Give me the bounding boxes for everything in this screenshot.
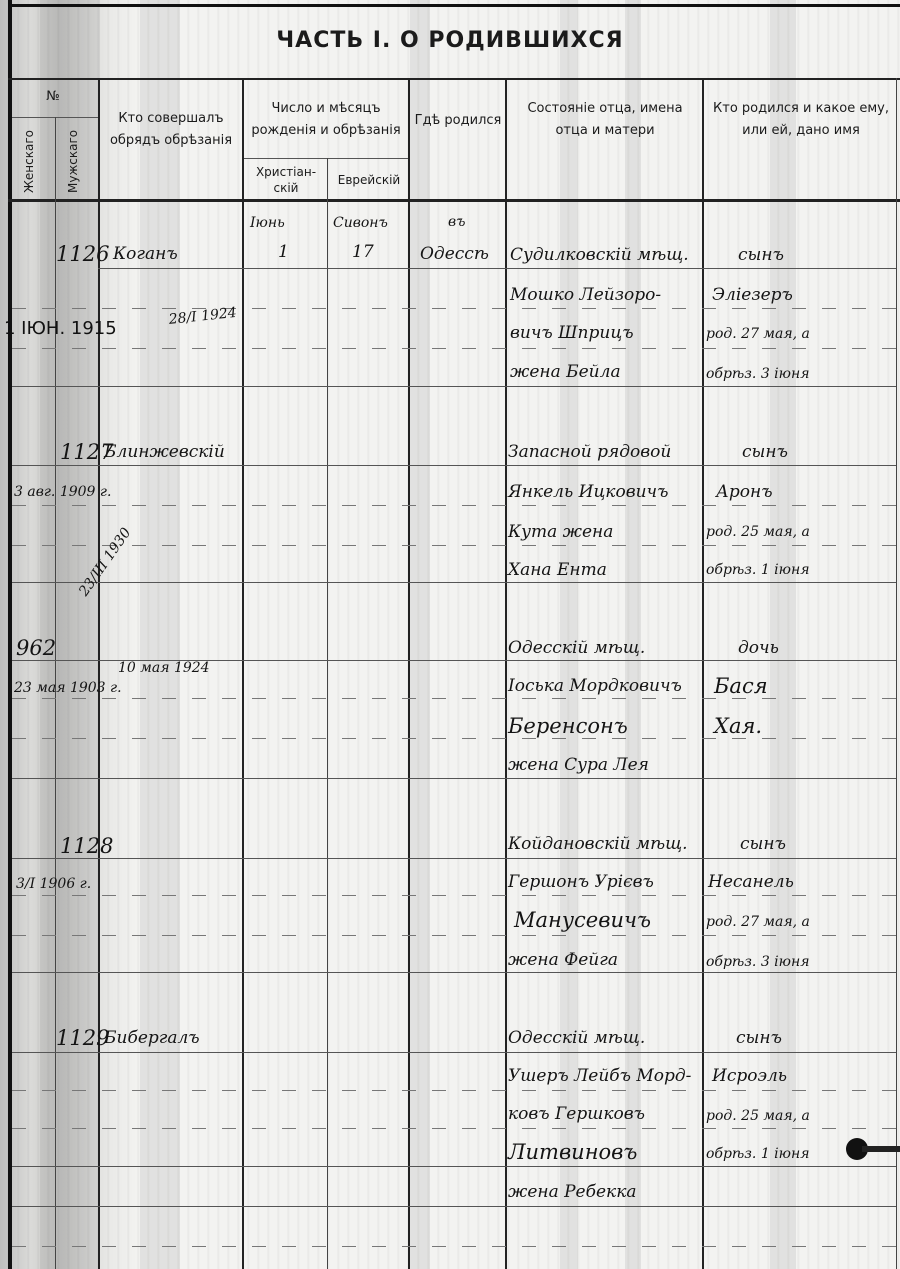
- parents-line: жена Ребекка: [508, 1182, 637, 1202]
- jewish-day: 17: [352, 242, 374, 262]
- binder-clip-icon: [862, 1146, 900, 1152]
- parents-line: Запасной рядовой: [508, 442, 671, 462]
- parents-line: Кута жена: [508, 522, 613, 542]
- record-performer: Блинжевскій: [104, 442, 225, 462]
- child-line: обрѣз. 3 іюня: [706, 366, 809, 382]
- parents-line: Хана Ента: [508, 560, 607, 580]
- child-line: род. 27 мая, а: [706, 914, 810, 930]
- date-note: 23 мая 1903 г.: [14, 680, 122, 696]
- header-jewish: Еврейскій: [330, 172, 408, 188]
- header-male: Мужскаго: [66, 130, 80, 193]
- record-number: 1126: [56, 242, 109, 266]
- parents-line: жена Сура Лея: [508, 755, 649, 775]
- record-number: 962: [16, 636, 56, 660]
- child-line: сынъ: [738, 245, 784, 265]
- header-child: Кто родился и какое ему, или ей, дано им…: [710, 98, 892, 142]
- header-christian: Христіан-скій: [246, 164, 326, 196]
- header-parents: Состояніе отца, имена отца и матери: [512, 98, 698, 142]
- child-line: Хая.: [714, 714, 762, 738]
- parents-line: Ушеръ Лейбъ Морд-: [508, 1066, 691, 1086]
- date-note: 3/I 1906 г.: [16, 876, 91, 892]
- annotation: 10 мая 1924: [118, 660, 210, 676]
- parents-line: Янкель Ицковичъ: [508, 482, 668, 502]
- header-female: Женскаго: [22, 130, 36, 193]
- header-performer: Кто совершалъ обрядъ обрѣзанія: [104, 108, 238, 152]
- parents-line: Койдановскій мѣщ.: [508, 834, 688, 854]
- christian-day: 1: [278, 242, 289, 262]
- register-page: ЧАСТЬ I. О РОДИВШИХСЯ № Женскаго Мужскаг…: [0, 0, 900, 1269]
- child-line: дочь: [738, 638, 779, 658]
- header-place: Гдѣ родился: [414, 110, 502, 132]
- header-date-group: Число и мѣсяцъ рожденія и обрѣзанія: [246, 98, 406, 142]
- child-line: обрѣз. 3 іюня: [706, 954, 809, 970]
- child-line: сынъ: [736, 1028, 782, 1048]
- parents-line: ковъ Гершковъ: [508, 1104, 645, 1124]
- parents-line: Судилковскій мѣщ.: [510, 245, 689, 265]
- date-note: 3 авг. 1909 г.: [14, 484, 111, 500]
- place-prefix: въ: [448, 214, 465, 230]
- parents-line: Литвиновъ: [508, 1140, 637, 1164]
- page-border-left: [8, 0, 12, 1269]
- date-stamp: 1 ІЮН. 1915: [4, 318, 117, 339]
- child-line: род. 27 мая, а: [706, 326, 810, 342]
- record-number: 1129: [56, 1026, 109, 1050]
- page-border-top: [8, 4, 900, 7]
- header-number: №: [28, 86, 78, 108]
- record-performer: Коганъ: [113, 244, 178, 264]
- parents-line: Одесскій мѣщ.: [508, 638, 645, 658]
- child-line: Аронъ: [716, 482, 773, 502]
- parents-line: Іоська Мордковичъ: [508, 676, 682, 696]
- parents-line: жена Фейга: [508, 950, 618, 970]
- parents-line: Одесскій мѣщ.: [508, 1028, 645, 1048]
- christian-month: Іюнь: [250, 215, 285, 231]
- record-performer: Бибергалъ: [104, 1028, 200, 1048]
- child-line: род. 25 мая, а: [706, 524, 810, 540]
- child-line: Бася: [714, 674, 768, 698]
- place-city: Одессѣ: [420, 244, 489, 264]
- parents-line: Мошко Лейзоро-: [510, 285, 661, 305]
- jewish-month: Сивонъ: [333, 215, 388, 231]
- child-line: обрѣз. 1 іюня: [706, 1146, 809, 1162]
- child-line: Несанель: [708, 872, 794, 892]
- parents-line: вичъ Шприцъ: [510, 323, 634, 343]
- child-line: род. 25 мая, а: [706, 1108, 810, 1124]
- page-title: ЧАСТЬ I. О РОДИВШИХСЯ: [0, 28, 900, 53]
- parents-line: жена Бейла: [510, 362, 621, 382]
- parents-line: Гершонъ Урієвъ: [508, 872, 654, 892]
- child-line: сынъ: [740, 834, 786, 854]
- child-line: Исроэль: [712, 1066, 787, 1086]
- child-line: Элiезеръ: [712, 285, 793, 305]
- parents-line: Манусевичъ: [514, 908, 651, 932]
- child-line: обрѣз. 1 іюня: [706, 562, 809, 578]
- child-line: сынъ: [742, 442, 788, 462]
- record-number: 1128: [60, 834, 113, 858]
- parents-line: Беренсонъ: [508, 714, 628, 738]
